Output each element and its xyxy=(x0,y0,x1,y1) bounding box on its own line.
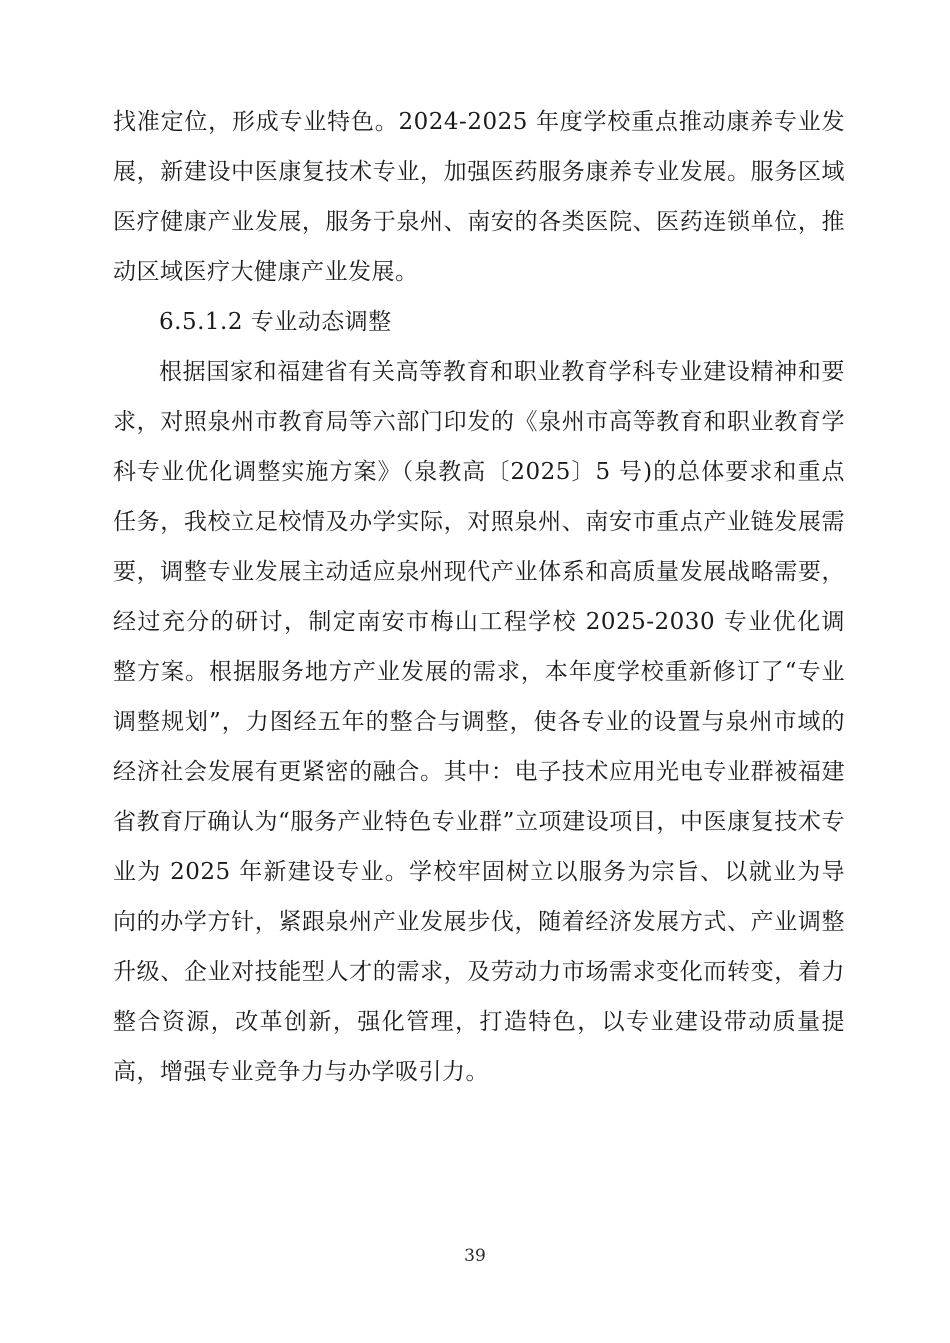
page-number: 39 xyxy=(464,1246,486,1266)
section-heading: 6.5.1.2 专业动态调整 xyxy=(113,297,845,347)
document-page: 找准定位，形成专业特色。2024-2025 年度学校重点推动康养专业发展，新建设… xyxy=(0,0,950,1343)
page-footer: 39 xyxy=(0,1248,950,1265)
paragraph-body: 根据国家和福建省有关高等教育和职业教育学科专业建设精神和要求，对照泉州市教育局等… xyxy=(113,347,845,1097)
paragraph-continuation: 找准定位，形成专业特色。2024-2025 年度学校重点推动康养专业发展，新建设… xyxy=(113,97,845,297)
document-body: 找准定位，形成专业特色。2024-2025 年度学校重点推动康养专业发展，新建设… xyxy=(113,97,845,1097)
